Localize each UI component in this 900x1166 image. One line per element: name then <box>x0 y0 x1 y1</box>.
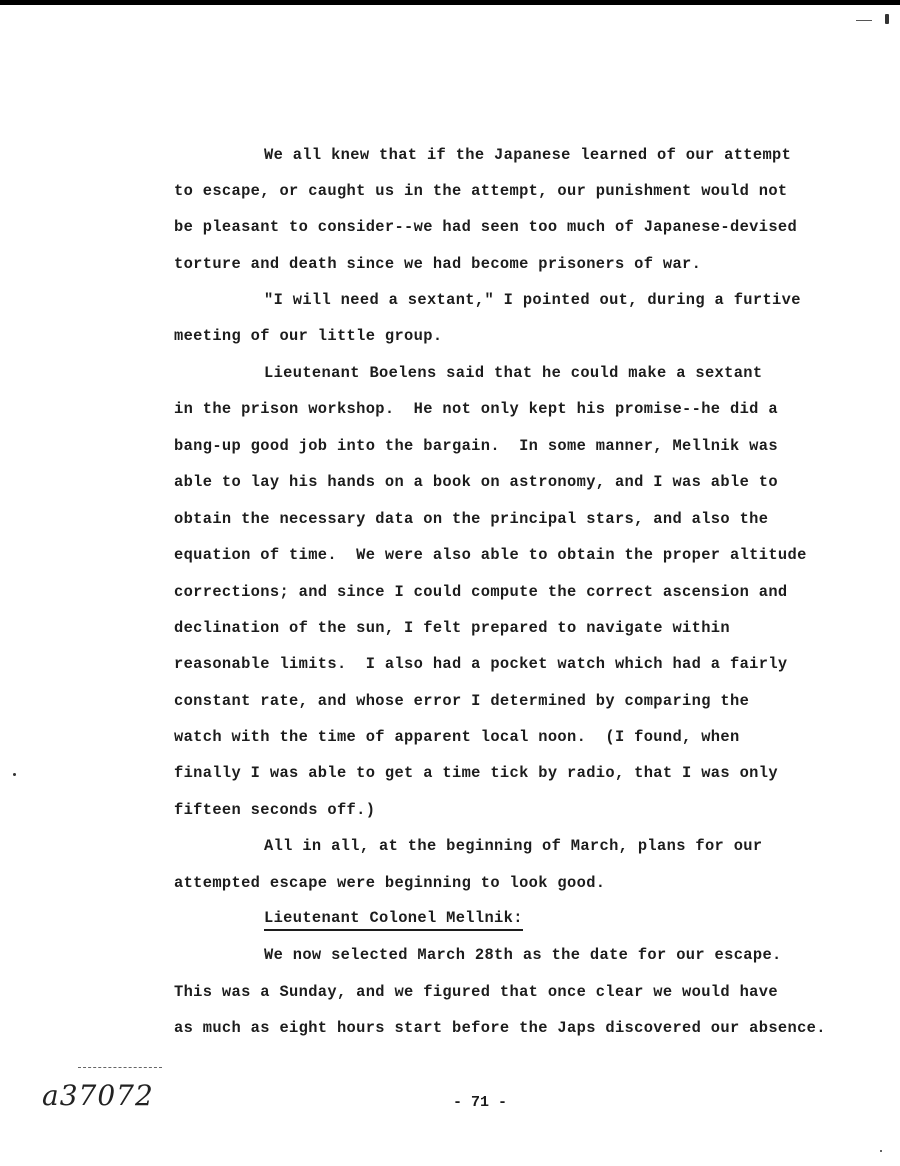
text-line: in the prison workshop. He not only kept… <box>174 399 778 419</box>
text-line: We now selected March 28th as the date f… <box>264 945 782 965</box>
text-line: This was a Sunday, and we figured that o… <box>174 982 778 1002</box>
scan-speck <box>880 1150 882 1152</box>
text-line: "I will need a sextant," I pointed out, … <box>264 290 801 310</box>
text-line: attempted escape were beginning to look … <box>174 873 605 893</box>
text-line: meeting of our little group. <box>174 326 442 346</box>
text-line: fifteen seconds off.) <box>174 800 375 820</box>
text-line: finally I was able to get a time tick by… <box>174 763 778 783</box>
scan-speck <box>885 14 889 24</box>
text-line: as much as eight hours start before the … <box>174 1018 826 1038</box>
text-line: equation of time. We were also able to o… <box>174 545 807 565</box>
text-line: bang-up good job into the bargain. In so… <box>174 436 778 456</box>
text-line: corrections; and since I could compute t… <box>174 582 788 602</box>
text-line: obtain the necessary data on the princip… <box>174 509 768 529</box>
page-number: - 71 - <box>453 1094 507 1111</box>
text-line: able to lay his hands on a book on astro… <box>174 472 778 492</box>
text-line: to escape, or caught us in the attempt, … <box>174 181 788 201</box>
section-heading: Lieutenant Colonel Mellnik: <box>264 908 523 931</box>
scan-artifact-mark <box>856 20 872 21</box>
scan-speck <box>13 773 16 776</box>
scan-edge-band <box>0 0 900 5</box>
text-line: constant rate, and whose error I determi… <box>174 691 749 711</box>
text-line: reasonable limits. I also had a pocket w… <box>174 654 788 674</box>
archive-rule <box>78 1067 162 1069</box>
archive-code-handwritten: a37072 <box>42 1080 154 1112</box>
text-line: declination of the sun, I felt prepared … <box>174 618 730 638</box>
text-line: All in all, at the beginning of March, p… <box>264 836 762 856</box>
text-line: We all knew that if the Japanese learned… <box>264 145 791 165</box>
text-line: watch with the time of apparent local no… <box>174 727 740 747</box>
text-line: torture and death since we had become pr… <box>174 254 701 274</box>
text-line: be pleasant to consider--we had seen too… <box>174 217 797 237</box>
document-page: We all knew that if the Japanese learned… <box>0 0 900 1166</box>
text-line: Lieutenant Boelens said that he could ma… <box>264 363 762 383</box>
